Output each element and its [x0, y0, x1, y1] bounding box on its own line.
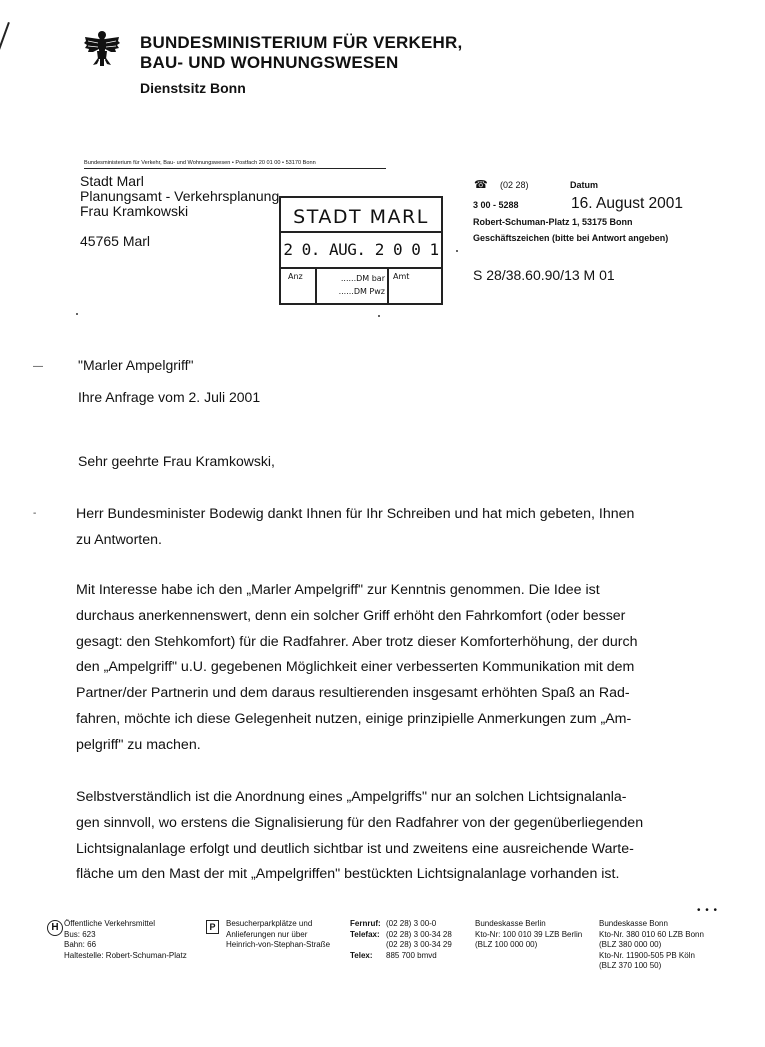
- paragraph-line: Partner/der Partnerin und dem daraus res…: [76, 681, 696, 707]
- footer-line: Besucherparkplätze und: [226, 919, 330, 930]
- subject-line: "Marler Ampelgriff": [78, 357, 194, 373]
- footer-line: Öffentliche Verkehrsmittel: [64, 919, 187, 930]
- paragraph-1: Herr Bundesminister Bodewig dankt Ihnen …: [76, 502, 696, 554]
- footer-parking: Besucherparkplätze und Anlieferungen nur…: [226, 919, 330, 951]
- return-address-line: Bundesministerium für Verkehr, Bau- und …: [84, 160, 386, 169]
- transit-stop-icon: H: [47, 920, 63, 936]
- paragraph-line: durchaus anerkennenswert, denn ein solch…: [76, 604, 696, 630]
- footer-line: Bundeskasse Berlin: [475, 919, 582, 930]
- paragraph-line: gesagt: den Stehkomfort) für die Radfahr…: [76, 630, 696, 656]
- recipient-line2: Planungsamt - Verkehrsplanung: [80, 189, 279, 204]
- paragraph-line: fahren, möchte ich diese Gelegenheit nut…: [76, 707, 696, 733]
- paragraph-line: zu Antworten.: [76, 528, 696, 554]
- continuation-mark: • • •: [697, 906, 718, 917]
- footer-value: 885 700 bmvd: [386, 951, 452, 962]
- margin-dash-mark: —: [33, 361, 43, 372]
- scan-speck: [378, 315, 380, 317]
- footer-label: Telex:: [350, 951, 381, 962]
- margin-dash-mark: -: [33, 508, 36, 519]
- recipient-line1: Stadt Marl: [80, 174, 144, 189]
- footer-line: Bahn: 66: [64, 940, 187, 951]
- stamp-cell-payment: ......DM bar ......DM Pwz: [317, 269, 389, 303]
- footer-contact-values: (02 28) 3 00-0 (02 28) 3 00-34 28 (02 28…: [386, 919, 452, 961]
- received-stamp: STADT MARL 2 0. AUG. 2 0 0 1 Anz ......D…: [279, 196, 443, 305]
- footer-line: (BLZ 370 100 50): [599, 961, 704, 972]
- reference-label: Geschäftszeichen (bitte bei Antwort ange…: [473, 233, 668, 243]
- footer-line: Kto-Nr. 11900-505 PB Köln: [599, 951, 704, 962]
- footer-bank-berlin: Bundeskasse Berlin Kto-Nr: 100 010 39 LZ…: [475, 919, 582, 951]
- stamp-cell-anz: Anz: [281, 269, 317, 303]
- recipient-postal: 45765 Marl: [80, 234, 150, 249]
- stamp-cell-amt: Amt: [389, 269, 441, 303]
- footer-bank-bonn: Bundeskasse Bonn Kto-Nr. 380 010 60 LZB …: [599, 919, 704, 972]
- recipient-line3: Frau Kramkowski: [80, 204, 188, 219]
- footer-contact-labels: Fernruf: Telefax: Telex:: [350, 919, 381, 961]
- footer-value: (02 28) 3 00-34 28: [386, 930, 452, 941]
- footer-label: Fernruf:: [350, 919, 381, 930]
- phone-extension: 3 00 - 5288: [473, 200, 519, 210]
- footer-line: (BLZ 380 000 00): [599, 940, 704, 951]
- ministry-name-line2: BAU- UND WOHNUNGSWESEN: [140, 53, 398, 73]
- telephone-icon: ☎: [474, 178, 488, 191]
- scan-speck: [456, 250, 458, 252]
- phone-area-code: (02 28): [500, 180, 529, 190]
- footer-label: Telefax:: [350, 930, 381, 941]
- paragraph-line: Lichtsignalanlage erfolgt und deutlich s…: [76, 837, 696, 863]
- letter-date: 16. August 2001: [571, 195, 683, 213]
- paragraph-line: Selbstverständlich ist die Anordnung ein…: [76, 785, 696, 811]
- stamp-pwz: ......DM Pwz: [321, 285, 385, 298]
- footer-line: Bus: 623: [64, 930, 187, 941]
- footer-label-spacer: [350, 940, 381, 951]
- paragraph-line: den „Ampelgriff" u.U. gegebenen Möglichk…: [76, 655, 696, 681]
- stamp-title: STADT MARL: [281, 198, 441, 233]
- sender-street: Robert-Schuman-Platz 1, 53175 Bonn: [473, 217, 633, 227]
- salutation: Sehr geehrte Frau Kramkowski,: [78, 453, 275, 469]
- inquiry-reference: Ihre Anfrage vom 2. Juli 2001: [78, 389, 260, 405]
- stamp-cash: ......DM bar: [321, 272, 385, 285]
- footer-transit: Öffentliche Verkehrsmittel Bus: 623 Bahn…: [64, 919, 187, 961]
- ministry-name-line1: BUNDESMINISTERIUM FÜR VERKEHR,: [140, 33, 462, 53]
- parking-icon: P: [206, 920, 219, 934]
- paragraph-line: Herr Bundesminister Bodewig dankt Ihnen …: [76, 502, 696, 528]
- stamp-date: 2 0. AUG. 2 0 0 1: [281, 233, 441, 269]
- reference-number: S 28/38.60.90/13 M 01: [473, 267, 615, 283]
- paragraph-line: gen sinnvoll, wo erstens die Signalisier…: [76, 811, 696, 837]
- footer-line: (BLZ 100 000 00): [475, 940, 582, 951]
- scan-speck: [76, 313, 78, 315]
- footer-line: Heinrich-von-Stephan-Straße: [226, 940, 330, 951]
- paragraph-line: pelgriff" zu machen.: [76, 733, 696, 759]
- federal-eagle-icon: [83, 29, 121, 69]
- date-label: Datum: [570, 180, 598, 190]
- footer-value: (02 28) 3 00-34 29: [386, 940, 452, 951]
- footer-line: Kto-Nr: 100 010 39 LZB Berlin: [475, 930, 582, 941]
- paragraph-2: Mit Interesse habe ich den „Marler Ampel…: [76, 578, 696, 759]
- footer-line: Haltestelle: Robert-Schuman-Platz: [64, 951, 187, 962]
- footer-line: Anlieferungen nur über: [226, 930, 330, 941]
- footer-line: Bundeskasse Bonn: [599, 919, 704, 930]
- paragraph-line: Mit Interesse habe ich den „Marler Ampel…: [76, 578, 696, 604]
- paragraph-3: Selbstverständlich ist die Anordnung ein…: [76, 785, 696, 888]
- footer-value: (02 28) 3 00-0: [386, 919, 452, 930]
- margin-pen-mark: [0, 22, 10, 66]
- footer-line: Kto-Nr. 380 010 60 LZB Bonn: [599, 930, 704, 941]
- paragraph-line: fläche um den Mast der mit „Ampelgriffen…: [76, 862, 696, 888]
- ministry-seat: Dienstsitz Bonn: [140, 80, 246, 96]
